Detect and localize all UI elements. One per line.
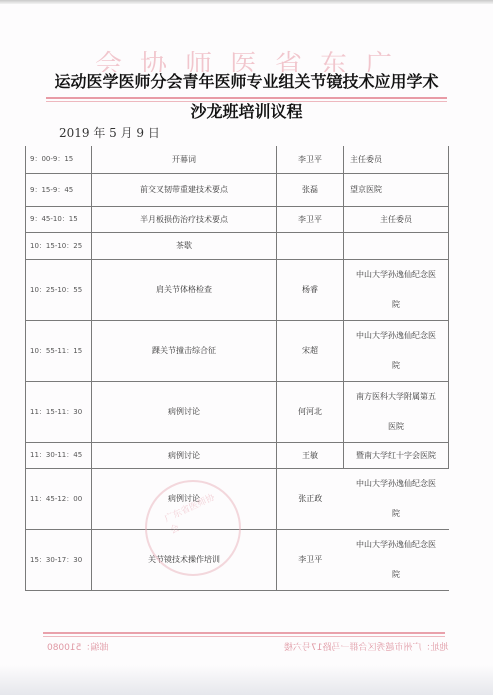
speaker-cell: 张正政 xyxy=(277,468,344,529)
org-cell: 暨南大学红十字会医院 xyxy=(344,442,449,468)
document-date: 2019 年 5 月 9 日 xyxy=(59,124,160,141)
topic-cell: 开幕词 xyxy=(92,146,277,173)
time-cell: 11：30-11：45 xyxy=(26,442,92,468)
topic-cell: 半月板损伤治疗技术要点 xyxy=(92,206,277,232)
time-cell: 9：00-9：15 xyxy=(26,146,92,173)
org-line-1: 中山大学孙逸仙纪念医 xyxy=(344,260,448,290)
time-cell: 10：15-10：25 xyxy=(26,232,92,259)
official-seal xyxy=(145,480,241,576)
table-row: 10：15-10：25 茶歇 xyxy=(26,232,449,259)
org-line-1: 中山大学孙逸仙纪念医 xyxy=(344,469,449,499)
topic-cell: 茶歇 xyxy=(92,232,277,259)
footer-address: 地址：广州市越秀区合群一马路17号六楼 xyxy=(284,640,448,653)
topic-cell: 踝关节撞击综合征 xyxy=(92,320,277,381)
footer-rule xyxy=(43,632,445,634)
time-cell: 10：55-11：15 xyxy=(26,320,92,381)
footer-rule-thin xyxy=(43,636,445,637)
org-cell: 望京医院 xyxy=(344,173,449,206)
speaker-cell: 李卫平 xyxy=(277,146,344,173)
speaker-cell xyxy=(277,232,344,259)
topic-cell: 病例讨论 xyxy=(92,381,277,442)
org-cell xyxy=(344,232,449,259)
time-cell: 11：45-12：00 xyxy=(26,468,92,529)
time-cell: 9：45-10：15 xyxy=(26,206,92,232)
scan-top-edge xyxy=(0,0,493,4)
time-cell: 15：30-17：30 xyxy=(26,529,92,590)
org-line-1: 中山大学孙逸仙纪念医 xyxy=(344,530,449,560)
org-line-1: 中山大学孙逸仙纪念医 xyxy=(344,321,448,351)
letterhead-footer: 地址：广州市越秀区合群一马路17号六楼 邮编：510080 xyxy=(0,640,493,654)
speaker-cell: 宋超 xyxy=(277,320,344,381)
scan-bottom-edge xyxy=(0,665,493,695)
table-row: 11：30-11：45 病例讨论 王敏 暨南大学红十字会医院 xyxy=(26,442,449,468)
speaker-cell: 李卫平 xyxy=(277,206,344,232)
table-row: 10：25-10：55 肩关节体格检查 杨睿 中山大学孙逸仙纪念医 院 xyxy=(26,259,449,320)
org-cell: 中山大学孙逸仙纪念医 院 xyxy=(344,259,449,320)
org-line-2: 医院 xyxy=(344,412,448,442)
table-row: 9：00-9：15 开幕词 李卫平 主任委员 xyxy=(26,146,449,173)
topic-cell: 肩关节体格检查 xyxy=(92,259,277,320)
org-line-1: 南方医科大学附属第五 xyxy=(344,382,448,412)
page-title-line-1: 运动医学医师分会青年医师专业组关节镜技术应用学术 xyxy=(0,69,493,92)
table-row: 11：15-11：30 病例讨论 何河北 南方医科大学附属第五 医院 xyxy=(26,381,449,442)
org-line-2: 院 xyxy=(344,499,449,529)
org-cell: 中山大学孙逸仙纪念医 院 xyxy=(344,529,449,590)
org-cell: 南方医科大学附属第五 医院 xyxy=(344,381,449,442)
time-cell: 10：25-10：55 xyxy=(26,259,92,320)
org-line-2: 院 xyxy=(344,351,448,381)
speaker-cell: 李卫平 xyxy=(277,529,344,590)
org-line-2: 院 xyxy=(344,560,449,590)
time-cell: 9：15-9：45 xyxy=(26,173,92,206)
org-cell: 主任委员 xyxy=(344,206,449,232)
speaker-cell: 张磊 xyxy=(277,173,344,206)
topic-cell: 前交叉韧带重建技术要点 xyxy=(92,173,277,206)
page-title-line-2: 沙龙班培训议程 xyxy=(0,99,493,122)
speaker-cell: 杨睿 xyxy=(277,259,344,320)
org-line-2: 院 xyxy=(344,290,448,320)
time-cell: 11：15-11：30 xyxy=(26,381,92,442)
table-row: 10：55-11：15 踝关节撞击综合征 宋超 中山大学孙逸仙纪念医 院 xyxy=(26,320,449,381)
org-cell: 主任委员 xyxy=(344,146,449,173)
speaker-cell: 王敏 xyxy=(277,442,344,468)
table-row: 9：45-10：15 半月板损伤治疗技术要点 李卫平 主任委员 xyxy=(26,206,449,232)
footer-zipcode: 邮编：510080 xyxy=(47,640,108,653)
org-cell: 中山大学孙逸仙纪念医 院 xyxy=(344,468,449,529)
table-row: 9：15-9：45 前交叉韧带重建技术要点 张磊 望京医院 xyxy=(26,173,449,206)
org-cell: 中山大学孙逸仙纪念医 院 xyxy=(344,320,449,381)
speaker-cell: 何河北 xyxy=(277,381,344,442)
topic-cell: 病例讨论 xyxy=(92,442,277,468)
